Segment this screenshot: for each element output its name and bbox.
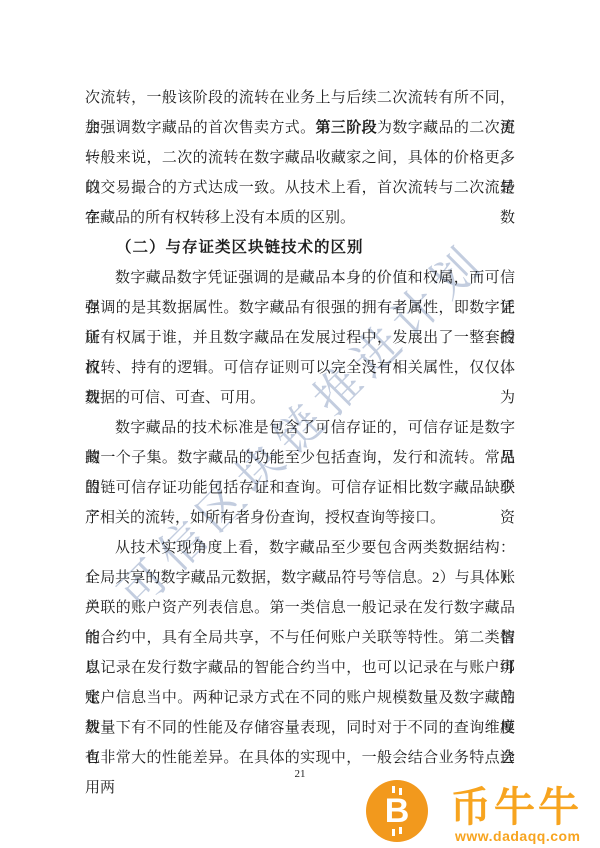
paragraph-2: 数字藏品数字凭证强调的是藏品本身的价值和权属，而可信存证 强调的是其数据属性。数… xyxy=(85,263,515,413)
paragraph-4: 从技术实现角度上看，数字藏品至少要包含两类数据结构：1） 全局共享的数字藏品元数… xyxy=(85,533,515,773)
bold-phrase: 第三阶段 xyxy=(316,120,377,136)
text-line: 关联的账户资产列表信息。第一类信息一般记录在发行数字藏品的智 xyxy=(85,593,515,623)
text-line: 强调的是其数据属性。数字藏品有很强的拥有者属性，即数字凭证的 xyxy=(85,293,515,323)
text-line: 以记录在发行数字藏品的智能合约当中，也可以记录在与账户绑定的 xyxy=(85,653,515,683)
text-line: 数量下有不同的性能及存储容量表现，同时对于不同的查询维度也会 xyxy=(85,713,515,743)
text-line: 能合约中，具有全局共享，不与任何账户关联等特性。第二类信息可 xyxy=(85,623,515,653)
coin-tick-bottom-left xyxy=(392,829,395,836)
coin-letter: B xyxy=(366,780,428,842)
text-line: 一般来说，二次的流转在数字藏品收藏家之间，具体的价格更多的是 xyxy=(85,143,515,173)
document-page: 可信区块链推进计划 次流转，一般该阶段的流转在业务上与后续二次流转有所不同，会更… xyxy=(0,0,600,848)
text-line: 数字藏品的技术标准是包含了可信存证的，可信存证是数字藏品 xyxy=(85,413,515,443)
text-line: 全局共享的数字藏品元数据，数字藏品符号等信息。2）与具体账户 xyxy=(85,563,515,593)
brand-name: 币牛牛 xyxy=(450,785,582,829)
bitcoin-coin-icon: B xyxy=(366,780,428,842)
text-line: 盟链可信存证功能包括存证和查询。可信存证相比数字藏品缺少了资 xyxy=(85,473,515,503)
text-line: 加强调数字藏品的首次售卖方式。第三阶段为数字藏品的二次流转， xyxy=(85,113,515,143)
text-segment: 加强调数字藏品的首次售卖方式。 xyxy=(85,120,316,136)
text-line: 所有权属于谁，并且数字藏品在发展过程中，发展出了一整套授权、 xyxy=(85,323,515,353)
text-line: 的一个子集。数字藏品的功能至少包括查询，发行和流转。常见的联 xyxy=(85,443,515,473)
text-line: 次流转，一般该阶段的流转在业务上与后续二次流转有所不同，会更 xyxy=(85,83,515,113)
brand-website: www.dadaqq.com xyxy=(455,828,581,844)
text-line: 流转、持有的逻辑。可信存证则可以完全没有相关属性，仅仅体现为 xyxy=(85,353,515,383)
page-number: 21 xyxy=(0,768,600,780)
section-heading: （二）与存证类区块链技术的区别 xyxy=(85,233,515,263)
paragraph-3: 数字藏品的技术标准是包含了可信存证的，可信存证是数字藏品 的一个子集。数字藏品的… xyxy=(85,413,515,533)
paragraph-1: 次流转，一般该阶段的流转在业务上与后续二次流转有所不同，会更 加强调数字藏品的首… xyxy=(85,83,515,233)
text-line: 以交易撮合的方式达成一致。从技术上看，首次流转与二次流转在数 xyxy=(85,173,515,203)
coin-tick-bottom-right xyxy=(399,827,402,834)
text-line: 从技术实现角度上看，数字藏品至少要包含两类数据结构：1） xyxy=(85,533,515,563)
text-line: 账户信息当中。两种记录方式在不同的账户规模数量及数字藏品规模 xyxy=(85,683,515,713)
text-line: 数字藏品数字凭证强调的是藏品本身的价值和权属，而可信存证 xyxy=(85,263,515,293)
body-text: 次流转，一般该阶段的流转在业务上与后续二次流转有所不同，会更 加强调数字藏品的首… xyxy=(85,83,515,773)
